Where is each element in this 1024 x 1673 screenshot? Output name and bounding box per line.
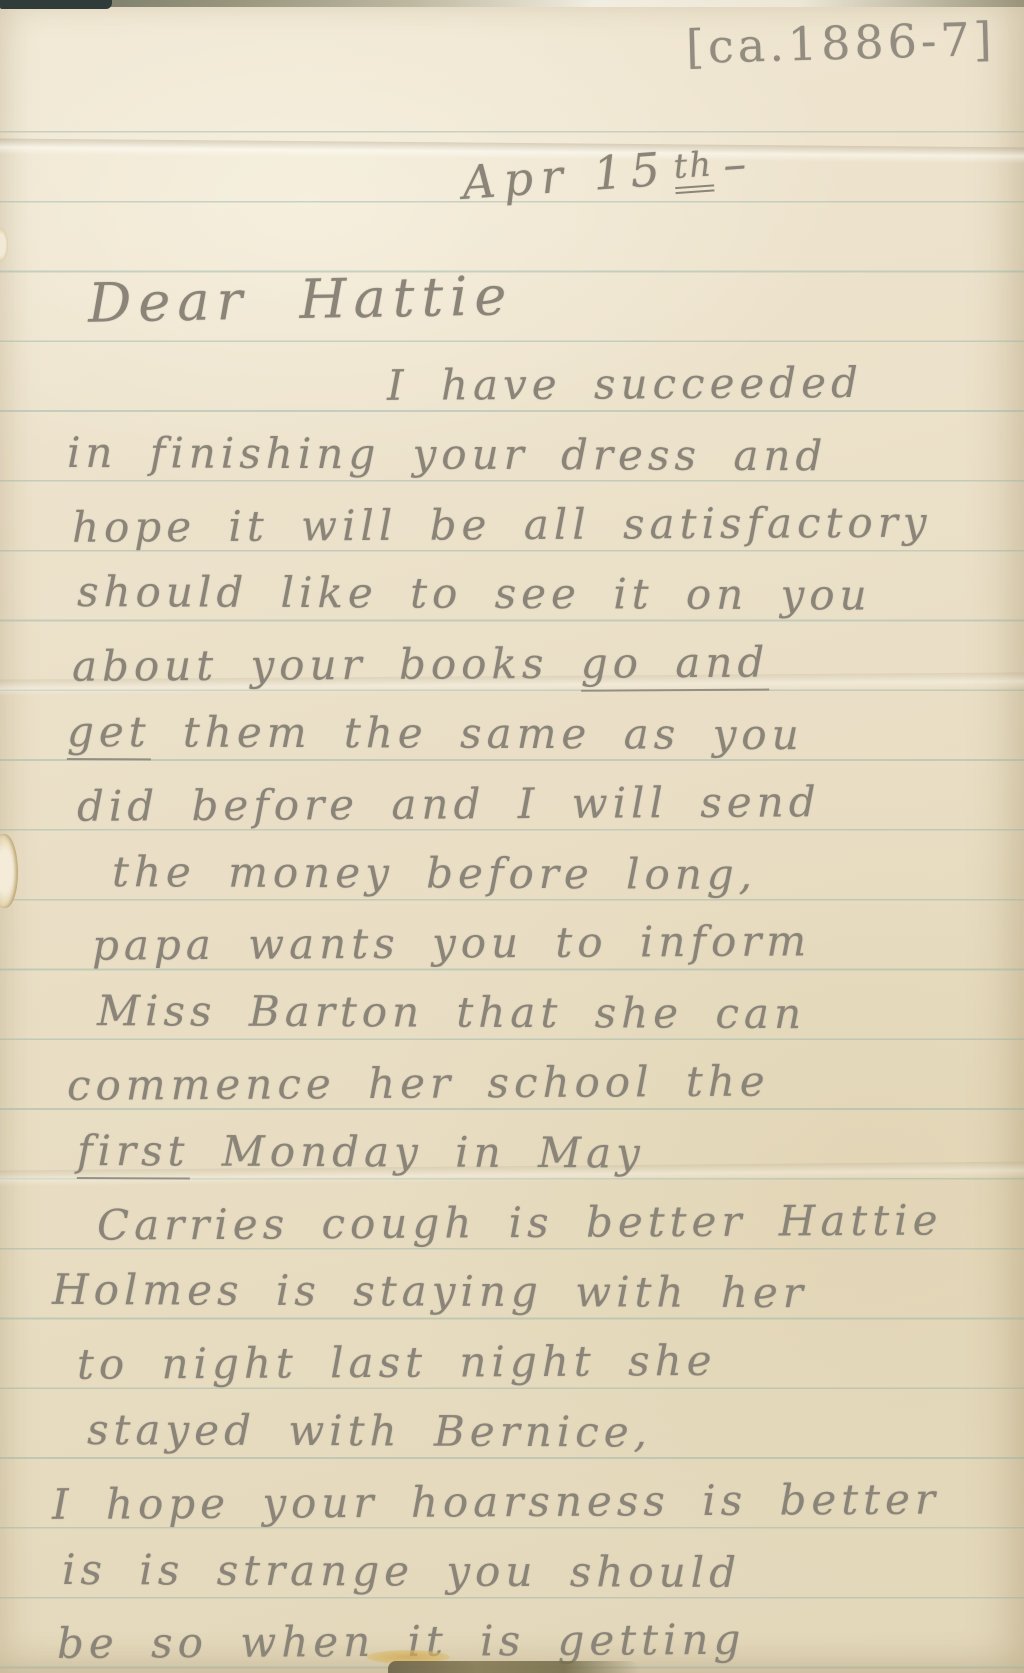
letter-line: is is strange you should	[52, 1534, 1012, 1608]
letter-line: stayed with Bernice,	[52, 1395, 1012, 1469]
letter-line: in finishing your dress and	[52, 418, 1012, 492]
letter-line: Holmes is staying with her	[52, 1255, 1012, 1329]
letter-line: about your books go and	[52, 626, 1012, 702]
letter-line: Miss Barton that she can	[52, 976, 1012, 1050]
salutation: Dear Hattie	[87, 264, 513, 334]
letter-line: Carries cough is better Hattie	[52, 1185, 1012, 1261]
letter-body: I have succeededin finishing your dress …	[52, 350, 1012, 1673]
letter-line: papa wants you to inform	[52, 905, 1012, 981]
letter-line: commence her school the	[52, 1045, 1012, 1121]
underlined-word: go and	[581, 638, 770, 692]
letter-line: I have succeeded	[52, 347, 1012, 423]
letter-line: did before and I will send	[52, 766, 1012, 842]
underlined-word: get	[67, 707, 151, 760]
letter-line: the money before long,	[52, 836, 1012, 910]
letter-page: [ca.1886-7] Apr 15th– Dear Hattie I have…	[0, 0, 1024, 1673]
letter-line: I hope your hoarsness is better	[52, 1464, 1012, 1540]
letter-line: first Monday in May	[52, 1116, 1012, 1190]
scan-corner-notch	[0, 0, 112, 9]
letter-line: hope it will be all satisfactory	[52, 487, 1012, 563]
scan-edge-top	[0, 0, 1024, 7]
letter-line: to night last night she	[52, 1324, 1012, 1400]
underlined-word: first	[77, 1126, 190, 1179]
letter-line: get them the same as you	[52, 697, 1012, 771]
archival-annotation: [ca.1886-7]	[685, 12, 996, 74]
date-flourish: –	[721, 136, 748, 191]
letter-line: should like to see it on you	[52, 557, 1012, 631]
scan-edge-bottom-smudge	[388, 1661, 640, 1673]
date-ordinal: th	[672, 144, 715, 194]
